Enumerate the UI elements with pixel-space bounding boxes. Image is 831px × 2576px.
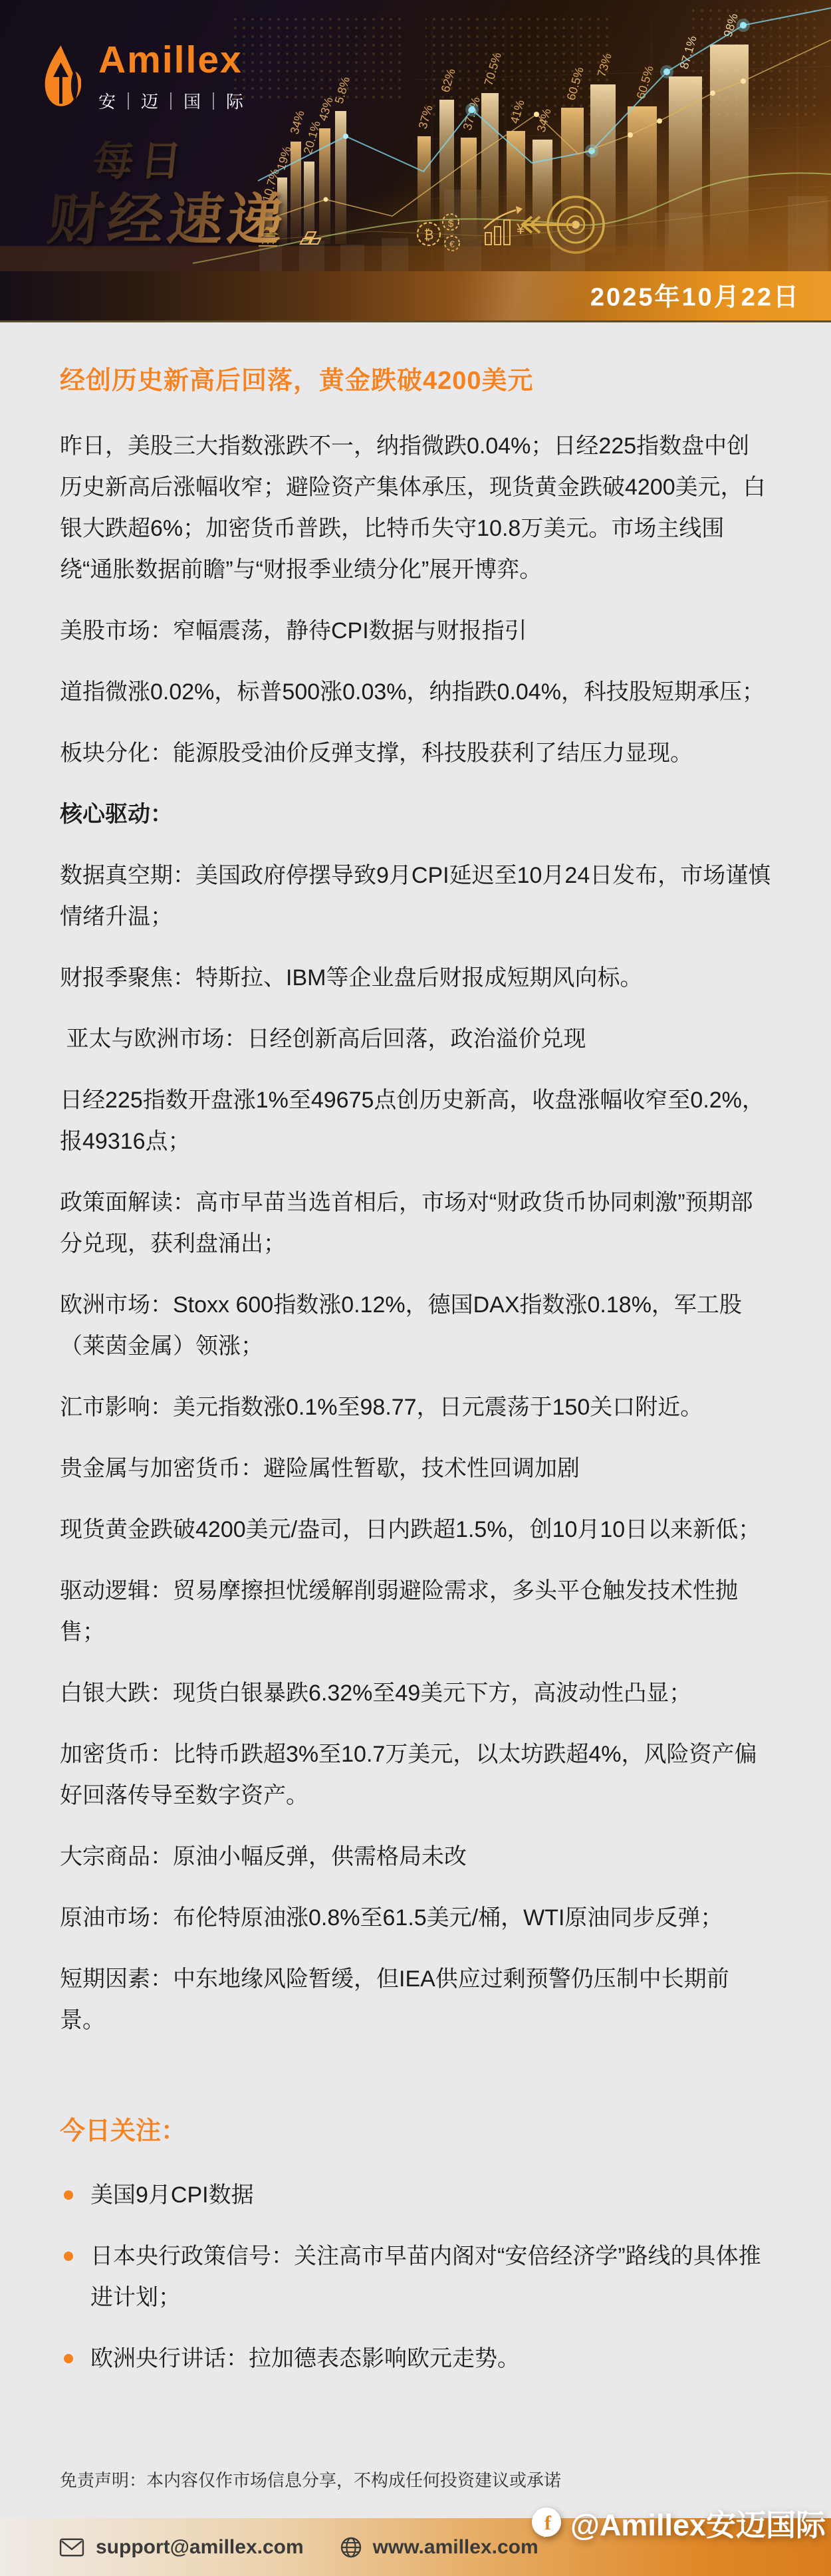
- bullet-dot-icon: [64, 2252, 73, 2261]
- section-title-today-focus: 今日关注：: [60, 2110, 771, 2147]
- news-paragraph: 日经225指数开盘涨1%至49675点创历史新高，收盘涨幅收窄至0.2%，报49…: [60, 1080, 771, 1162]
- bitcoin-symbol: ₿: [424, 228, 434, 243]
- dollar-symbol: $: [448, 218, 454, 229]
- social-handle-row: f @Amillex安迈国际: [529, 2501, 826, 2544]
- date-band: 2025年10月22日: [0, 271, 831, 322]
- news-paragraph: 美股市场：窄幅震荡，静待CPI数据与财报指引: [60, 610, 771, 651]
- list-item: 美国9月CPI数据: [60, 2174, 771, 2216]
- news-paragraph: 现货黄金跌破4200美元/盎司，日内跌超1.5%，创10月10日以来新低；: [60, 1509, 771, 1550]
- news-paragraph: 亚太与欧洲市场：日经创新高后回落，政治溢价兑现: [60, 1018, 771, 1060]
- poster-title-line1: 每日: [90, 141, 296, 182]
- news-content: 经创历史新高后回落，黄金跌破4200美元 昨日，美股三大指数涨跌不一，纳指微跌0…: [0, 322, 831, 2494]
- news-paragraph: 原油市场：布伦特原油涨0.8%至61.5美元/桶，WTI原油同步反弹；: [60, 1897, 771, 1938]
- svg-text:f: f: [544, 2512, 552, 2534]
- news-paragraph: 加密货币：比特币跌超3%至10.7万美元，以太坊跌超4%，风险资产偏好回落传导至…: [60, 1734, 771, 1816]
- decor-percent-label: 34%: [288, 109, 307, 136]
- flame-icon: [40, 41, 81, 110]
- news-paragraph: 板块分化：能源股受油价反弹支撑，科技股获利了结压力显现。: [60, 733, 771, 774]
- brand-logo: Amillex 安｜迈｜国｜际: [40, 41, 247, 113]
- daily-finance-poster: 10.7% 19% 34% 20.1% 43% 5.8% 37% 62% 37.…: [0, 0, 831, 2576]
- list-item: 欧洲央行讲话：拉加德表态影响欧元走势。: [60, 2338, 771, 2379]
- disclaimer-text: 免责声明：本内容仅作市场信息分享，不构成任何投资建议或承诺: [60, 2467, 771, 2494]
- news-paragraph: 驱动逻辑：贸易摩擦担忧缓解削弱避险需求，多头平仓触发技术性抛售；: [60, 1570, 771, 1653]
- list-item: 日本央行政策信号：关注高市早苗内阁对“安倍经济学”路线的具体推进计划；: [60, 2236, 771, 2318]
- news-paragraph: 欧洲市场：Stoxx 600指数涨0.12%，德国DAX指数涨0.18%，军工股…: [60, 1284, 771, 1367]
- news-paragraph: 汇市影响：美元指数涨0.1%至98.77，日元震荡于150关口附近。: [60, 1387, 771, 1428]
- poster-title-line2: 财经速递: [45, 191, 291, 247]
- section-title-core-drivers: 核心驱动：: [60, 794, 771, 835]
- news-paragraph: 数据真空期：美国政府停摆导致9月CPI延迟至10月24日发布，市场谨慎情绪升温；: [60, 855, 771, 937]
- brand-name-chinese: 安｜迈｜国｜际: [98, 88, 247, 113]
- date-label: 2025年10月22日: [590, 276, 800, 312]
- brand-name: Amillex: [98, 41, 247, 79]
- news-paragraph: 昨日，美股三大指数涨跌不一，纳指微跌0.04%；日经225指数盘中创历史新高后涨…: [60, 425, 771, 590]
- list-item-text: 欧洲央行讲话：拉加德表态影响欧元走势。: [90, 2346, 520, 2371]
- website-url[interactable]: www.amillex.com: [373, 2536, 538, 2559]
- news-paragraph: 大宗商品：原油小幅反弹，供需格局未改: [60, 1836, 771, 1877]
- list-item-text: 美国9月CPI数据: [90, 2182, 254, 2208]
- facebook-icon: f: [529, 2506, 564, 2540]
- social-handle: @Amillex安迈国际: [570, 2501, 826, 2544]
- today-focus-list: 美国9月CPI数据 日本央行政策信号：关注高市早苗内阁对“安倍经济学”路线的具体…: [60, 2174, 771, 2379]
- news-paragraph: 白银大跌：现货白银暴跌6.32%至49美元下方，高波动性凸显；: [60, 1673, 771, 1714]
- list-item-text: 日本央行政策信号：关注高市早苗内阁对“安倍经济学”路线的具体推进计划；: [90, 2244, 761, 2310]
- email-icon: [59, 2537, 85, 2558]
- bullet-dot-icon: [64, 2190, 73, 2200]
- news-paragraph: 贵金属与加密货币：避险属性暂歇，技术性回调加剧: [60, 1448, 771, 1489]
- contact-row: support@amillex.com www.amillex.com: [59, 2536, 538, 2559]
- news-paragraph: 财报季聚焦：特斯拉、IBM等企业盘后财报成短期风向标。: [60, 957, 771, 998]
- poster-title: 每日 财经速递: [45, 141, 296, 247]
- bullet-dot-icon: [64, 2354, 73, 2363]
- header-banner: 10.7% 19% 34% 20.1% 43% 5.8% 37% 62% 37.…: [0, 0, 831, 322]
- news-paragraph: 政策面解读：高市早苗当选首相后，市场对“财政货币协同刺激”预期部分兑现，获利盘涌…: [60, 1182, 771, 1264]
- news-paragraph: 短期因素：中东地缘风险暂缓，但IEA供应过剩预警仍压制中长期前景。: [60, 1958, 771, 2041]
- headline: 经创历史新高后回落，黄金跌破4200美元: [60, 360, 771, 396]
- news-paragraph: 道指微涨0.02%，标普500涨0.03%，纳指跌0.04%，科技股短期承压；: [60, 671, 771, 713]
- support-email[interactable]: support@amillex.com: [96, 2536, 304, 2559]
- footer-band: support@amillex.com www.amillex.com f: [0, 2518, 831, 2576]
- globe-icon: [340, 2536, 362, 2559]
